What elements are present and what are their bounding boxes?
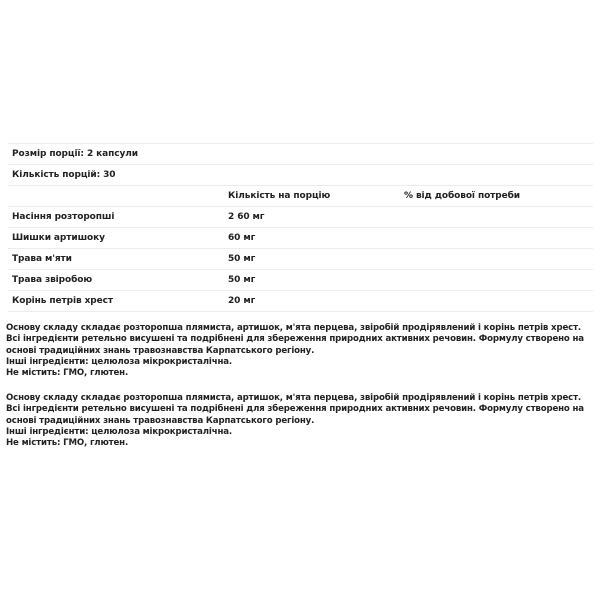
description-block: Основу складу складає розторопша плямист… [6, 323, 596, 379]
ingredient-name: Корінь петрів хрест [8, 291, 224, 312]
table-row: Корінь петрів хрест 20 мг [8, 291, 593, 312]
ingredient-name: Шишки артишоку [8, 228, 224, 249]
ingredient-name: Трава звіробою [8, 270, 224, 291]
table-header-row: Кількість на порцію % від добової потреб… [8, 186, 593, 207]
ingredient-amount: 50 мг [224, 249, 400, 270]
serving-size-row: Розмір порції: 2 капсули [8, 144, 593, 165]
composition-text: Основу складу складає розторопша плямист… [6, 393, 596, 427]
table-row: Трава звіробою 50 мг [8, 270, 593, 291]
ingredient-amount: 2 60 мг [224, 207, 400, 228]
header-amount: Кількість на порцію [224, 186, 400, 207]
free-from-text: Не містить: ГМО, глютен. [6, 438, 596, 449]
description-block: Основу складу складає розторопша плямист… [6, 393, 596, 449]
serving-size: Розмір порції: 2 капсули [8, 144, 593, 165]
ingredient-daily-value [400, 291, 593, 312]
ingredient-amount: 60 мг [224, 228, 400, 249]
other-ingredients-text: Інші інгредієнти: целюлоза мікрокристалі… [6, 427, 596, 438]
composition-text: Основу складу складає розторопша плямист… [6, 323, 596, 357]
ingredient-name: Насіння розторопші [8, 207, 224, 228]
servings-count-row: Кількість порцій: 30 [8, 165, 593, 186]
ingredient-daily-value [400, 228, 593, 249]
supplement-facts-table: Розмір порції: 2 капсули Кількість порці… [8, 143, 593, 312]
header-name [8, 186, 224, 207]
ingredient-daily-value [400, 270, 593, 291]
header-daily-value: % від добової потреби [400, 186, 593, 207]
ingredient-daily-value [400, 249, 593, 270]
ingredient-daily-value [400, 207, 593, 228]
table-row: Насіння розторопші 2 60 мг [8, 207, 593, 228]
ingredient-amount: 20 мг [224, 291, 400, 312]
ingredient-amount: 50 мг [224, 270, 400, 291]
table-row: Трава м'яти 50 мг [8, 249, 593, 270]
ingredient-name: Трава м'яти [8, 249, 224, 270]
free-from-text: Не містить: ГМО, глютен. [6, 368, 596, 379]
other-ingredients-text: Інші інгредієнти: целюлоза мікрокристалі… [6, 357, 596, 368]
table-row: Шишки артишоку 60 мг [8, 228, 593, 249]
servings-count: Кількість порцій: 30 [8, 165, 593, 186]
